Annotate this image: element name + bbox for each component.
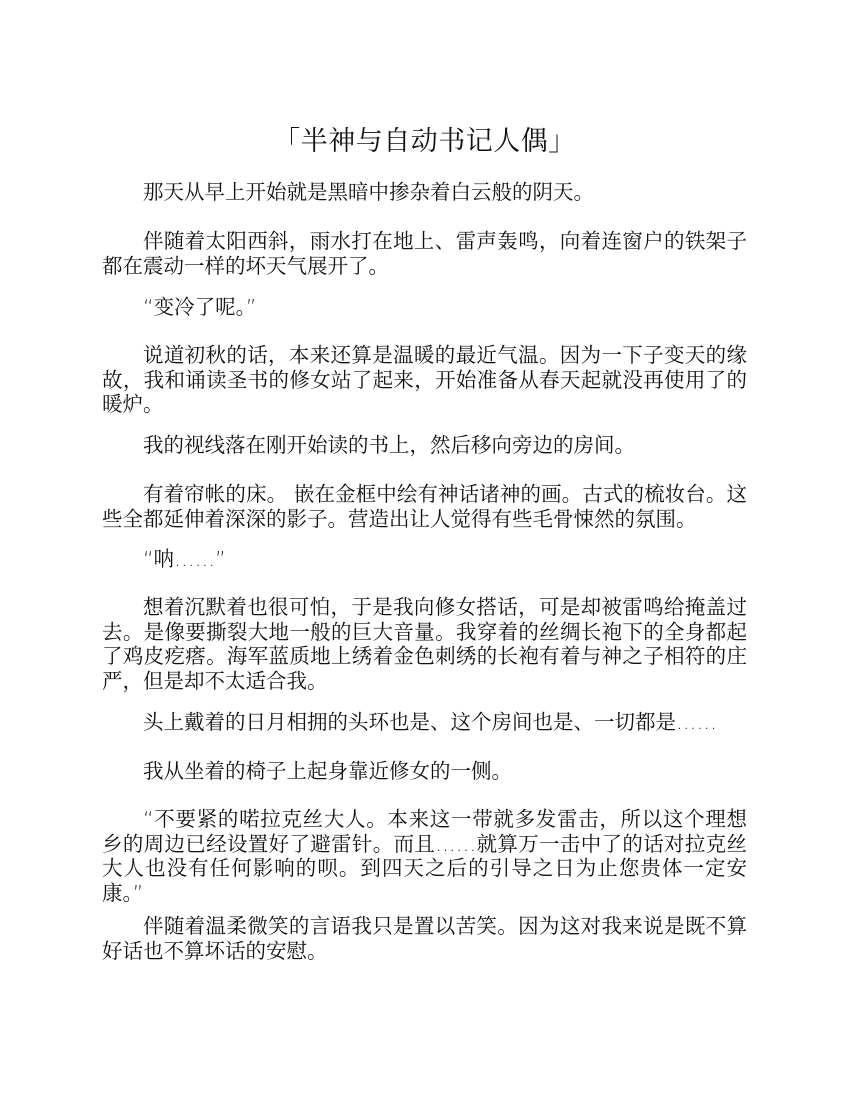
paragraph: 伴随着太阳西斜，雨水打在地上、雷声轰鸣，向着连窗户的铁架子都在震动一样的坏天气展…	[102, 229, 747, 278]
paragraph: “呐……”	[102, 547, 747, 572]
paragraph: 想着沉默着也很可怕，于是我向修女搭话，可是却被雷鸣给掩盖过去。是像要撕裂大地一般…	[102, 595, 747, 693]
paragraph: 那天从早上开始就是黑暗中掺杂着白云般的阴天。	[102, 180, 747, 205]
paragraph: “变冷了呢。”	[102, 295, 747, 320]
paragraph: 说道初秋的话，本来还算是温暖的最近气温。因为一下子变天的缘故，我和诵读圣书的修女…	[102, 343, 747, 417]
paragraph: 有着帘帐的床。 嵌在金框中绘有神话诸神的画。古式的梳妆台。这些全都延伸着深深的影…	[102, 482, 747, 531]
paragraph: 我的视线落在刚开始读的书上，然后移向旁边的房间。	[102, 433, 747, 458]
document-title: 「半神与自动书记人偶」	[102, 124, 747, 160]
paragraph: 我从坐着的椅子上起身靠近修女的一侧。	[102, 759, 747, 784]
paragraph: “不要紧的喏拉克丝大人。本来这一带就多发雷击，所以这个理想乡的周边已经设置好了避…	[102, 807, 747, 905]
paragraph: 头上戴着的日月相拥的头环也是、这个房间也是、一切都是……	[102, 710, 747, 735]
paragraph: 伴随着温柔微笑的言语我只是置以苦笑。因为这对我来说是既不算好话也不算坏话的安慰。	[102, 914, 747, 963]
